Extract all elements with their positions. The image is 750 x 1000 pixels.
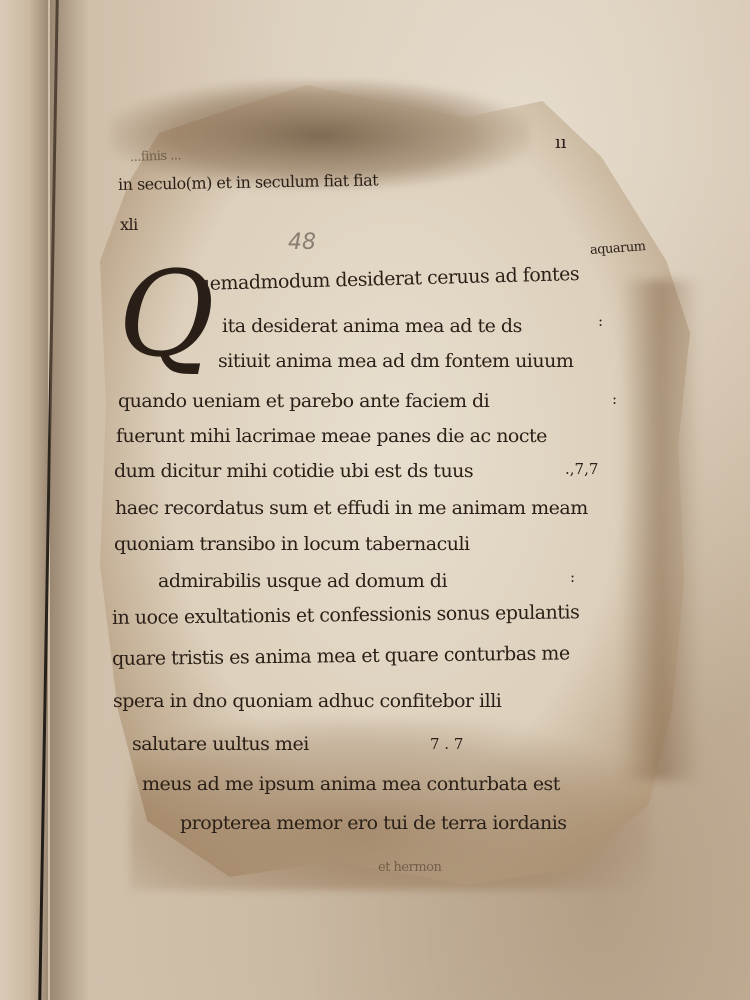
psalm-line-2: ita desiderat anima mea ad te ds xyxy=(222,315,522,337)
psalm-line-6: dum dicitur mihi cotidie ubi est ds tuus xyxy=(114,460,473,482)
psalm-line-8: quoniam transibo in locum tabernaculi xyxy=(114,533,470,555)
psalm-line-13: salutare uultus mei xyxy=(132,733,309,755)
psalm-line-15: propterea memor ero tui de terra iordani… xyxy=(180,812,567,834)
folio-number: 48 xyxy=(288,230,316,255)
psalm-number: xli xyxy=(120,215,138,234)
psalm-line-4: quando ueniam et parebo ante faciem di xyxy=(118,390,489,412)
psalm-line-7: haec recordatus sum et effudi in me anim… xyxy=(115,497,588,519)
water-stain-right xyxy=(620,280,700,780)
gutter-shadow xyxy=(50,0,90,1000)
psalm-line-5: fuerunt mihi lacrimae meae panes die ac … xyxy=(116,425,547,447)
punct-mark-2: : xyxy=(612,390,617,408)
top-right-mark: ıı xyxy=(555,132,567,153)
punct-mark-1: : xyxy=(598,312,603,330)
psalm-line-12: spera in dno quoniam adhuc confitebor il… xyxy=(113,690,501,712)
punct-mark-5: 7 . 7 xyxy=(430,735,463,753)
punct-mark-4: : xyxy=(570,568,575,586)
punct-mark-3: .,7,7 xyxy=(565,460,598,478)
psalm-line-14: meus ad me ipsum anima mea conturbata es… xyxy=(142,773,560,795)
damaged-top-line: ...finis ... xyxy=(130,148,182,165)
psalm-line-3: sitiuit anima mea ad dm fontem uiuum xyxy=(218,350,573,372)
psalm-line-16: et hermon xyxy=(378,860,441,875)
psalm-line-9: admirabilis usque ad domum di xyxy=(158,570,447,592)
